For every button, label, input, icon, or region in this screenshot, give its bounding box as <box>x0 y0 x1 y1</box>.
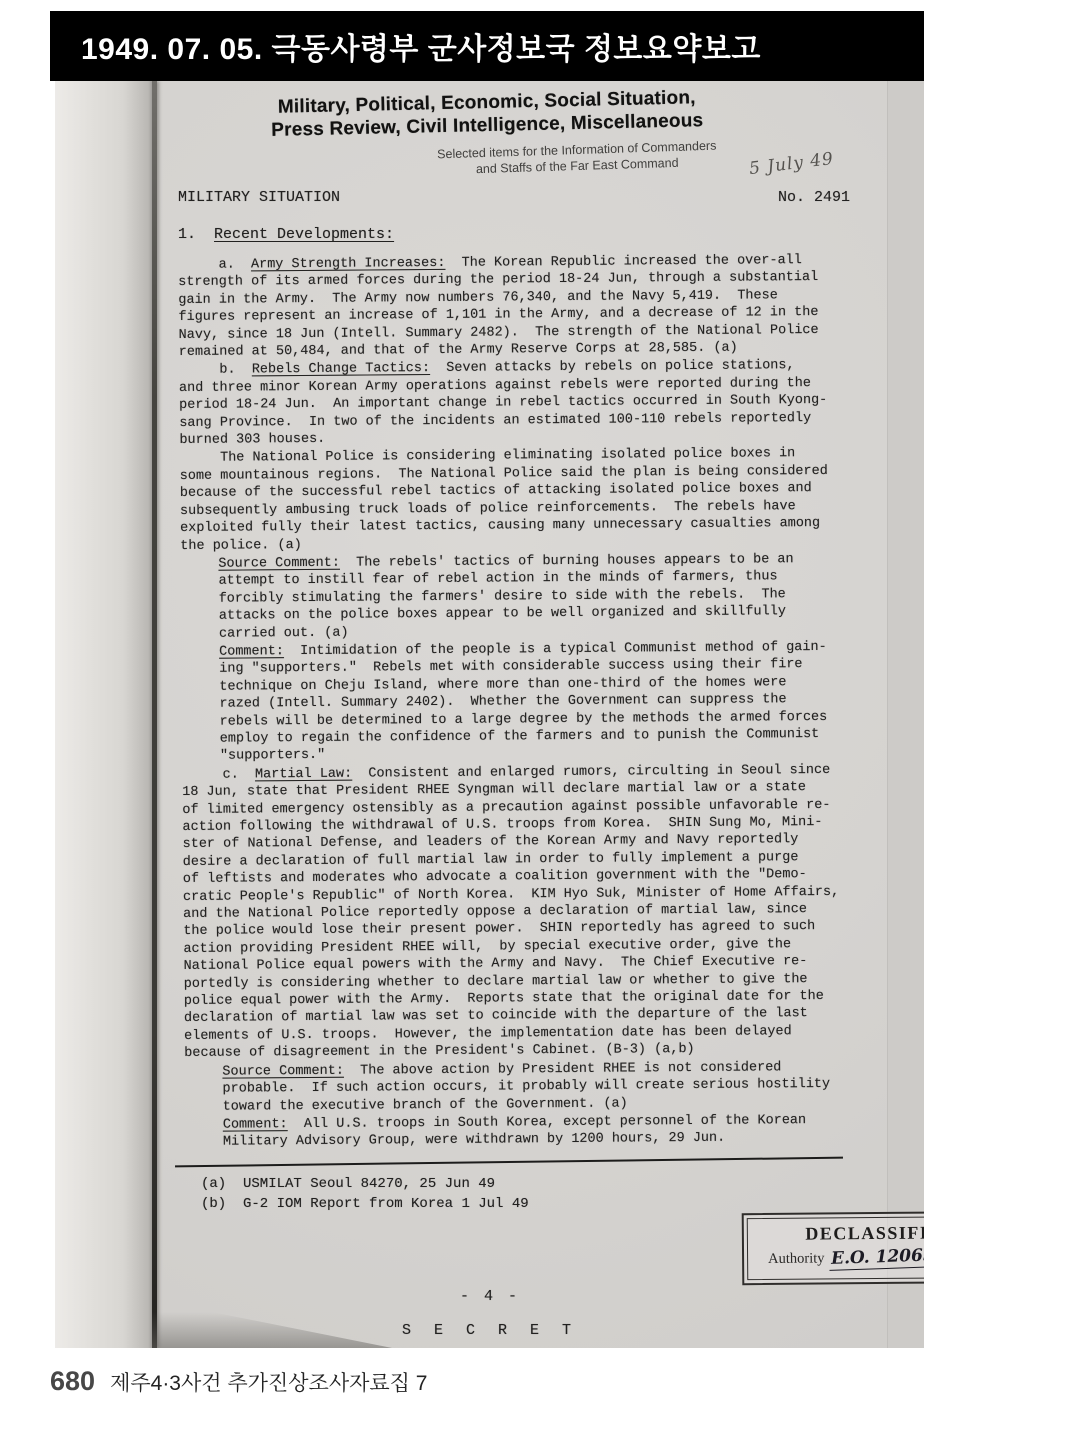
scanned-document-photo: Military, Political, Economic, Social Si… <box>55 81 924 1348</box>
section-heading: 1. Recent Developments: <box>178 226 394 243</box>
declassified-stamp: DECLASSIFIED AuthorityE.O. 12065 <box>742 1211 924 1285</box>
document-page: Military, Political, Economic, Social Si… <box>157 81 887 1348</box>
footnote-separator-line <box>175 1157 843 1168</box>
document-number: No. 2491 <box>778 189 850 206</box>
korean-title-text: 1949. 07. 05. 극동사령부 군사정보국 정보요약보고 <box>50 24 761 68</box>
book-footer: 680 제주4·3사건 추가진상조사자료집 7 <box>50 1366 427 1397</box>
paragraph: a. Army Strength Increases: The Korean R… <box>178 252 873 362</box>
declassified-stamp-title: DECLASSIFIED <box>754 1222 924 1245</box>
classification-marking: S E C R E T <box>157 1322 823 1339</box>
paragraph: Source Comment: The above action by Pres… <box>222 1058 878 1115</box>
page-number: - 4 - <box>157 1288 823 1305</box>
heading-title: Recent Developments: <box>214 226 394 243</box>
authority-label: Authority <box>768 1250 825 1266</box>
authority-value-handwritten: E.O. 12065 <box>829 1245 924 1271</box>
paragraph: The National Police is considering elimi… <box>180 445 875 555</box>
document-title: Military, Political, Economic, Social Si… <box>147 83 828 144</box>
paragraph: Comment: Intimidation of the people is a… <box>219 638 876 765</box>
page-right-edge <box>887 81 924 1348</box>
declassified-stamp-inner: DECLASSIFIED AuthorityE.O. 12065 <box>747 1216 924 1280</box>
korean-title-bar: 1949. 07. 05. 극동사령부 군사정보국 정보요약보고 <box>50 11 924 81</box>
page-left-edge <box>55 81 152 1348</box>
book-page-number: 680 <box>50 1366 95 1397</box>
heading-number: 1. <box>178 226 196 243</box>
book-caption: 제주4·3사건 추가진상조사자료집 7 <box>110 1367 427 1397</box>
declassified-stamp-authority: AuthorityE.O. 12065 <box>754 1246 924 1270</box>
footnote-line: (b) G-2 IOM Report from Korea 1 Jul 49 <box>201 1195 529 1215</box>
paragraph: Source Comment: The rebels' tactics of b… <box>218 550 875 642</box>
heading-spacer <box>196 226 214 243</box>
section-header-row: MILITARY SITUATION No. 2491 <box>178 189 850 206</box>
footnote-line: (a) USMILAT Seoul 84270, 25 Jun 49 <box>201 1175 529 1195</box>
document-body: a. Army Strength Increases: The Korean R… <box>178 252 879 1153</box>
paragraph: Comment: All U.S. troops in South Korea,… <box>223 1111 879 1151</box>
paragraph: c. Martial Law: Consistent and enlarged … <box>182 761 878 1062</box>
paragraph: b. Rebels Change Tactics: Seven attacks … <box>179 357 874 449</box>
footnotes: (a) USMILAT Seoul 84270, 25 Jun 49(b) G-… <box>201 1175 529 1214</box>
section-label: MILITARY SITUATION <box>178 189 340 206</box>
